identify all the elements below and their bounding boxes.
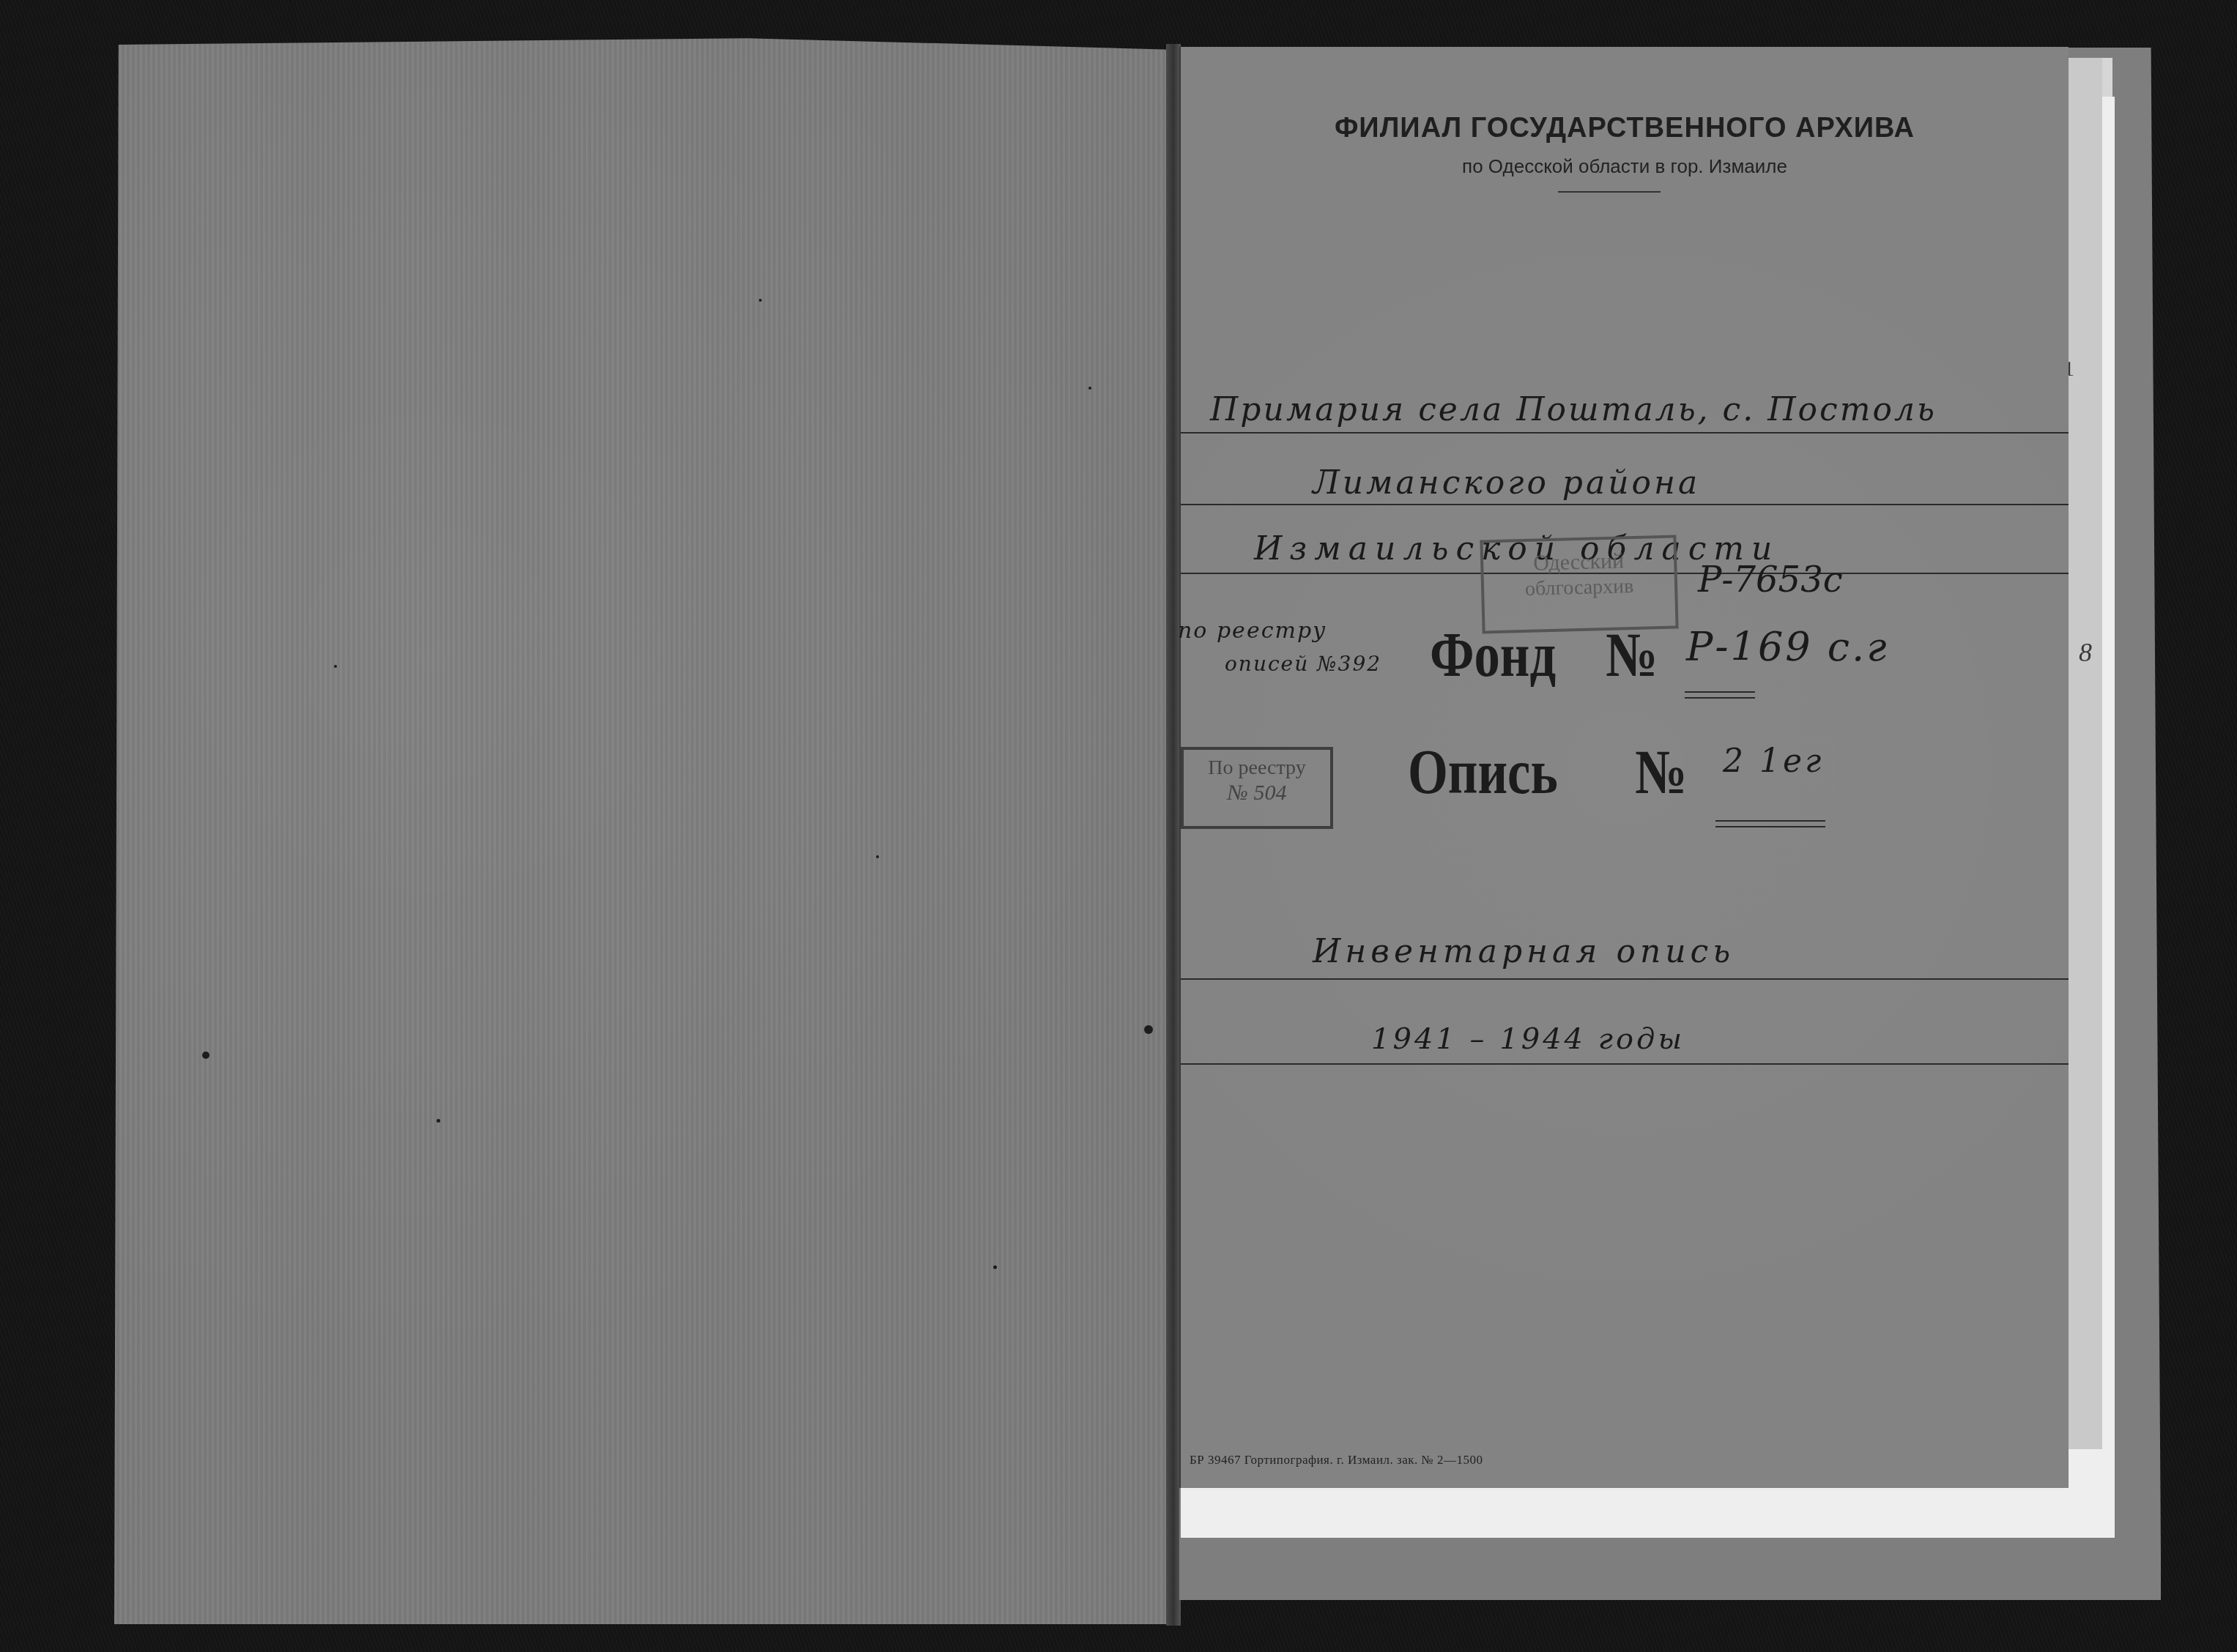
paper-speck (437, 1119, 440, 1123)
fond-number-underline (1685, 691, 1755, 699)
fond-number-value: Р-169 с.г (1686, 624, 1889, 670)
paper-speck (876, 855, 879, 858)
opis-number-value: 2 1ег (1723, 743, 1824, 780)
fond-annotation: Р-7653с (1698, 559, 1843, 600)
paper-speck (1088, 387, 1091, 390)
edge-mark: 8 (2079, 637, 2092, 668)
form-line (1181, 1063, 2069, 1065)
header-divider (1558, 191, 1661, 193)
archive-stamp-line2: облгосархив (1484, 574, 1675, 600)
folder-cover-page: ФИЛИАЛ ГОСУДАРСТВЕННОГО АРХИВА по Одесск… (1181, 47, 2069, 1488)
archive-header-subtitle: по Одесской области в гор. Измаиле (1181, 155, 2069, 178)
opis-number-sign: № (1635, 735, 1687, 808)
archive-header-title: ФИЛИАЛ ГОСУДАРСТВЕННОГО АРХИВА (1181, 113, 2069, 144)
registry-stamp-line2: № 504 (1184, 781, 1330, 805)
paper-speck (1144, 1025, 1153, 1034)
form-line (1181, 504, 2069, 505)
archive-stamp-line1: Одесский (1483, 548, 1674, 576)
opis-label: Опись (1408, 735, 1558, 808)
fond-number-sign: № (1606, 618, 1658, 691)
margin-note-line1: по реестру (1178, 618, 1327, 644)
folder-spine (1166, 44, 1181, 1626)
printer-imprint: БР 39467 Гортипография. г. Измаил. зак. … (1190, 1453, 1483, 1467)
opis-number-underline (1715, 820, 1825, 827)
paper-speck (759, 299, 762, 302)
margin-note-line2: описей №392 (1225, 652, 1381, 676)
form-line (1181, 432, 2069, 434)
handwritten-institution: Примария села Пошталь, с. Постоль (1210, 391, 1937, 428)
registry-stamp: По реестру № 504 (1181, 747, 1333, 829)
handwritten-years: 1941 – 1944 годы (1371, 1022, 1685, 1056)
fond-label: Фонд (1430, 618, 1556, 691)
form-line (1181, 978, 2069, 980)
registry-stamp-line1: По реестру (1184, 757, 1330, 778)
handwritten-description: Инвентарная опись (1313, 933, 1735, 970)
left-inside-cover (114, 6, 1171, 1624)
paper-speck (334, 665, 337, 668)
paper-speck (993, 1265, 997, 1269)
paper-speck (202, 1052, 209, 1059)
handwritten-district: Лиманского района (1313, 464, 1700, 502)
